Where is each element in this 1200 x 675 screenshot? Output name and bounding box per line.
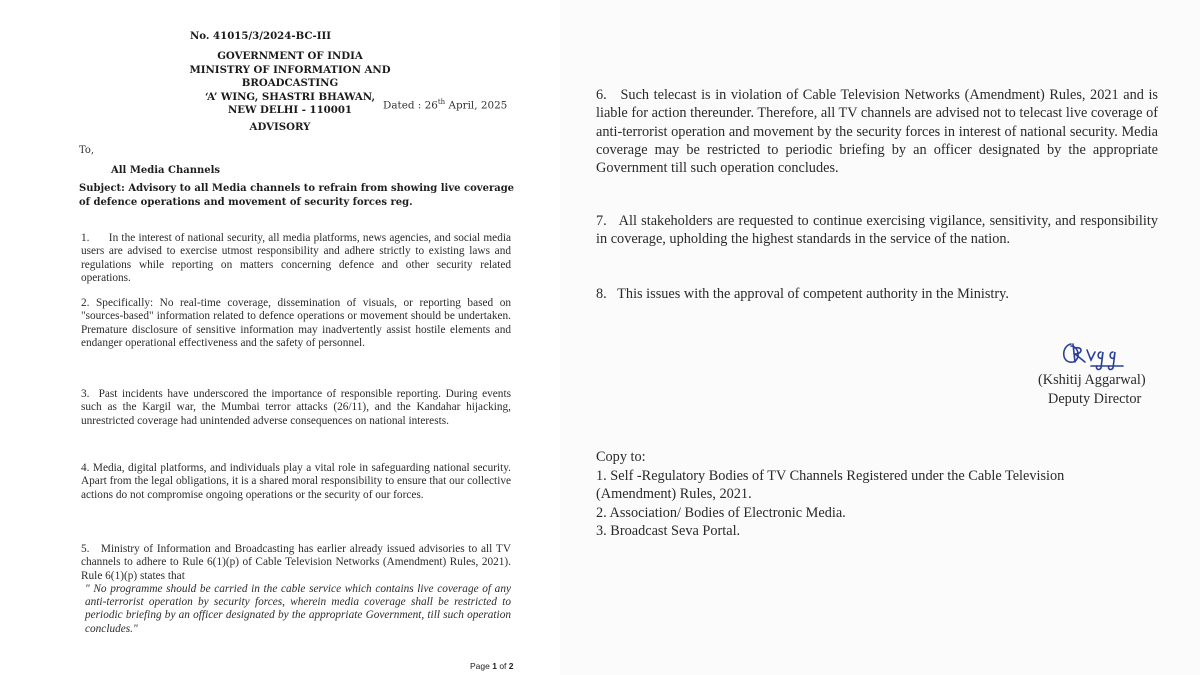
paragraph-4: 4. Media, digital platforms, and individ…: [81, 462, 511, 502]
page-label: Page: [470, 661, 492, 671]
paragraph-8: 8. This issues with the approval of comp…: [596, 285, 1158, 303]
rule-quote: " No programme should be carried in the …: [81, 583, 511, 636]
copy-to-item: (Amendment) Rules, 2021.: [596, 485, 1166, 504]
subject-line: Subject: Advisory to all Media channels …: [79, 182, 515, 210]
signatory-name: (Kshitij Aggarwal): [1038, 372, 1146, 389]
copy-to-item: 2. Association/ Bodies of Electronic Med…: [596, 504, 1166, 523]
copy-to-item: 1. Self -Regulatory Bodies of TV Channel…: [596, 467, 1166, 486]
page-total: 2: [509, 661, 514, 671]
copy-to-item: 3. Broadcast Seva Portal.: [596, 522, 1166, 541]
paragraph-2: 2. Specifically: No real-time coverage, …: [81, 297, 511, 350]
paragraph-1: 1. In the interest of national security,…: [81, 232, 511, 285]
paragraph-5-text: 5. Ministry of Information and Broadcast…: [81, 543, 511, 582]
letterhead-line: MINISTRY OF INFORMATION AND BROADCASTING: [140, 64, 440, 91]
document-page-1: No. 41015/3/2024-BC-III GOVERNMENT OF IN…: [0, 0, 560, 675]
signatory-title: Deputy Director: [1048, 391, 1141, 408]
page-number: Page 1 of 2: [470, 661, 514, 671]
date-line: Dated : 26th April, 2025: [383, 98, 507, 111]
document-title: ADVISORY: [230, 121, 330, 133]
date-prefix: Dated : 26: [383, 99, 438, 111]
letterhead-line: GOVERNMENT OF INDIA: [140, 50, 440, 64]
recipient: All Media Channels: [111, 165, 220, 176]
paragraph-5: 5. Ministry of Information and Broadcast…: [81, 543, 511, 636]
to-label: To,: [79, 145, 94, 156]
page-of: of: [497, 661, 509, 671]
signature-icon: [1057, 338, 1127, 372]
date-month-year: April, 2025: [445, 99, 507, 111]
reference-number: No. 41015/3/2024-BC-III: [190, 30, 330, 42]
copy-to-label: Copy to:: [596, 448, 1166, 467]
paragraph-6: 6. Such telecast is in violation of Cabl…: [596, 86, 1158, 177]
copy-to-section: Copy to: 1. Self -Regulatory Bodies of T…: [596, 448, 1166, 541]
paragraph-7: 7. All stakeholders are requested to con…: [596, 212, 1158, 249]
paragraph-3: 3. Past incidents have underscored the i…: [81, 388, 511, 428]
